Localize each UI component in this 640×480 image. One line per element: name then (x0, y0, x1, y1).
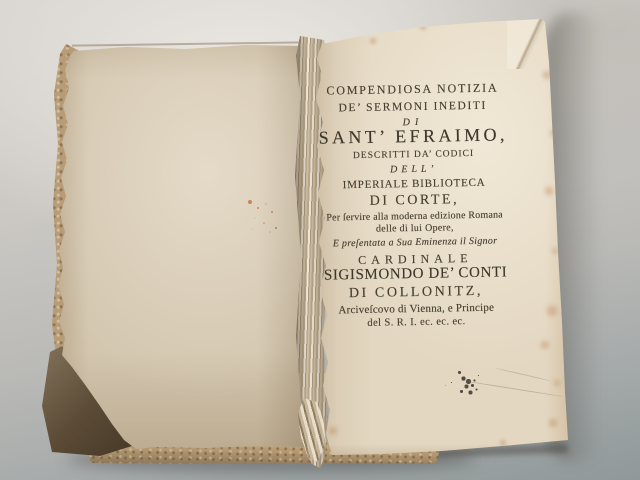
title-page-text: COMPENDIOSA NOTIZIA DE’ SERMONI INEDITI … (298, 12, 532, 462)
title-line-compendiosa-notizia: COMPENDIOSA NOTIZIA (299, 81, 525, 98)
book-photograph: COMPENDIOSA NOTIZIA DE’ SERMONI INEDITI … (0, 0, 640, 480)
red-foxing-specks (248, 200, 252, 204)
title-line-di-corte: DI CORTE, (301, 192, 527, 211)
title-line-imperiale-biblioteca: IMPERIALE BIBLIOTECA (301, 177, 527, 192)
title-page: COMPENDIOSA NOTIZIA DE’ SERMONI INEDITI … (302, 14, 570, 460)
title-line-de-sermoni-inediti: DE’ SERMONI INEDITI (300, 99, 526, 115)
title-line-presentata: E preſentata a Sua Eminenza il Signor (302, 236, 528, 250)
foxing-spots (302, 14, 304, 16)
title-line-sigismondo-de-conti: SIGISMONDO DE’ CONTI (303, 265, 529, 285)
title-line-sant-efraimo: SANT’ EFRAIMO, (300, 125, 526, 148)
title-line-del-sri: del S. R. I. ec. ec. ec. (303, 315, 529, 330)
title-line-di-collonitz: DI COLLONITZ, (303, 284, 529, 303)
title-line-dell: DELL’ (301, 163, 527, 177)
left-blank-page (56, 42, 308, 450)
title-line-delle-opere: delle di lui Opere, (302, 222, 528, 236)
title-line-descritti-da-codici: DESCRITTI DA’ CODICI (301, 149, 527, 163)
